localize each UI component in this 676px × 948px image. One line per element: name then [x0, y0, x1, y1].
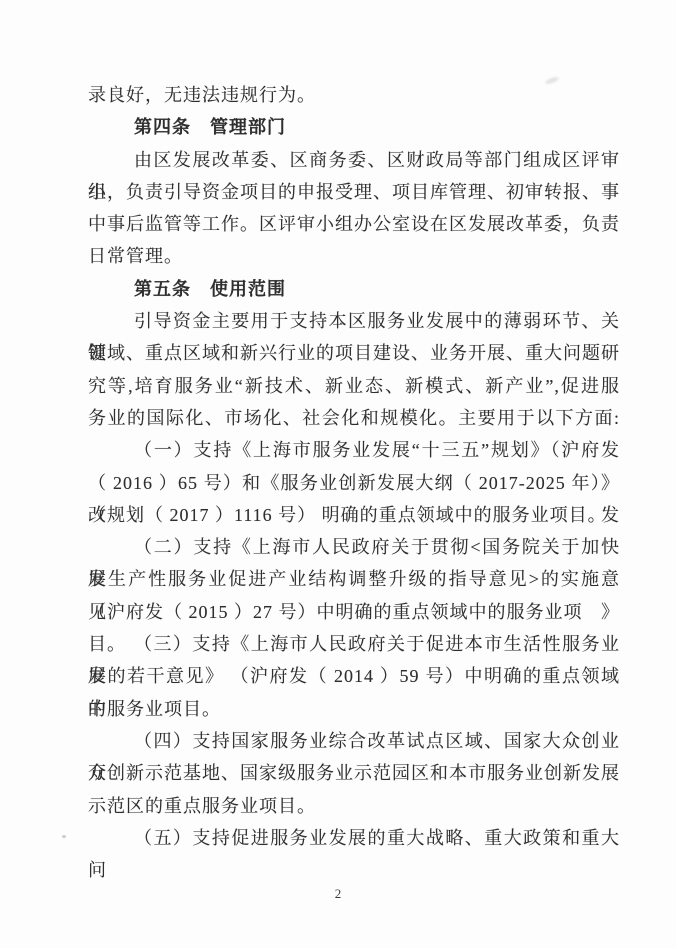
- page-number: 2: [0, 886, 676, 902]
- paragraph: 引导资金主要用于支持本区服务业发展中的薄弱环节、关键 领域、重点区域和新兴行业的…: [88, 305, 620, 434]
- scanned-document-page: 录良好，无违法违规行为。 第四条 管理部门 由区发展改革委、区商务委、区财政局等…: [0, 0, 676, 948]
- text-line: 日常管理。: [88, 240, 620, 272]
- text-line: 的服务业项目。: [88, 693, 620, 725]
- paragraph: （四）支持国家服务业综合改革试点区域、国家大众创业万 众创新示范基地、国家级服务…: [88, 725, 620, 822]
- paragraph: 录良好，无违法违规行为。: [88, 79, 620, 111]
- text-line: 改规划（ 2017 ）1116 号） 明确的重点领域中的服务业项目。: [88, 499, 620, 531]
- text-line: 组，负责引导资金项目的申报受理、项目库管理、初审转报、事: [88, 176, 620, 208]
- paragraph: （五）支持促进服务业发展的重大战略、重大政策和重大问: [88, 822, 620, 854]
- text-line: （五）支持促进服务业发展的重大战略、重大政策和重大问: [88, 822, 620, 854]
- text-line: 务业的国际化、市场化、社会化和规模化。主要用于以下方面:: [88, 402, 620, 434]
- text-line: （三）支持《上海市人民政府关于促进本市生活性服务业发: [88, 628, 620, 660]
- scan-speck: [62, 835, 66, 838]
- text-line: 引导资金主要用于支持本区服务业发展中的薄弱环节、关键: [88, 305, 620, 337]
- text-line: （一）支持《上海市服务业发展“十三五”规划》（沪府发: [88, 434, 620, 466]
- text-line: （沪府发（ 2015 ）27 号）中明确的重点领域中的服务业项目。: [88, 596, 620, 628]
- text-line: （二）支持《上海市人民政府关于贯彻<国务院关于加快发: [88, 531, 620, 563]
- text-line: 展的若干意见》 （沪府发（ 2014 ）59 号）中明确的重点领域中: [88, 660, 620, 692]
- text-line: （四）支持国家服务业综合改革试点区域、国家大众创业万: [88, 725, 620, 757]
- text-line: （ 2016 ）65 号）和《服务业创新发展大纲（ 2017-2025 年）》（…: [88, 467, 620, 499]
- text-line: 由区发展改革委、区商务委、区财政局等部门组成区评审小: [88, 144, 620, 176]
- paragraph: （一）支持《上海市服务业发展“十三五”规划》（沪府发 （ 2016 ）65 号）…: [88, 434, 620, 531]
- section-heading: 第五条 使用范围: [88, 273, 620, 305]
- text-line: 录良好，无违法违规行为。: [88, 79, 620, 111]
- text-line: 展生产性服务业促进产业结构调整升级的指导意见>的实施意见》: [88, 563, 620, 595]
- text-line: 究等,培育服务业“新技术、新业态、新模式、新产业”,促进服: [88, 370, 620, 402]
- text-line: 示范区的重点服务业项目。: [88, 790, 620, 822]
- paragraph: （二）支持《上海市人民政府关于贯彻<国务院关于加快发 展生产性服务业促进产业结构…: [88, 531, 620, 628]
- article-heading: 第五条 使用范围: [88, 273, 620, 305]
- article-heading: 第四条 管理部门: [88, 111, 620, 143]
- paragraph: 由区发展改革委、区商务委、区财政局等部门组成区评审小 组，负责引导资金项目的申报…: [88, 144, 620, 273]
- text-line: 中事后监管等工作。区评审小组办公室设在区发展改革委，负责: [88, 208, 620, 240]
- text-line: 众创新示范基地、国家级服务业示范园区和本市服务业创新发展: [88, 757, 620, 789]
- text-line: 领域、重点区域和新兴行业的项目建设、业务开展、重大问题研: [88, 337, 620, 369]
- section-heading: 第四条 管理部门: [88, 111, 620, 143]
- paragraph: （三）支持《上海市人民政府关于促进本市生活性服务业发 展的若干意见》 （沪府发（…: [88, 628, 620, 725]
- document-text-block: 录良好，无违法违规行为。 第四条 管理部门 由区发展改革委、区商务委、区财政局等…: [88, 79, 620, 854]
